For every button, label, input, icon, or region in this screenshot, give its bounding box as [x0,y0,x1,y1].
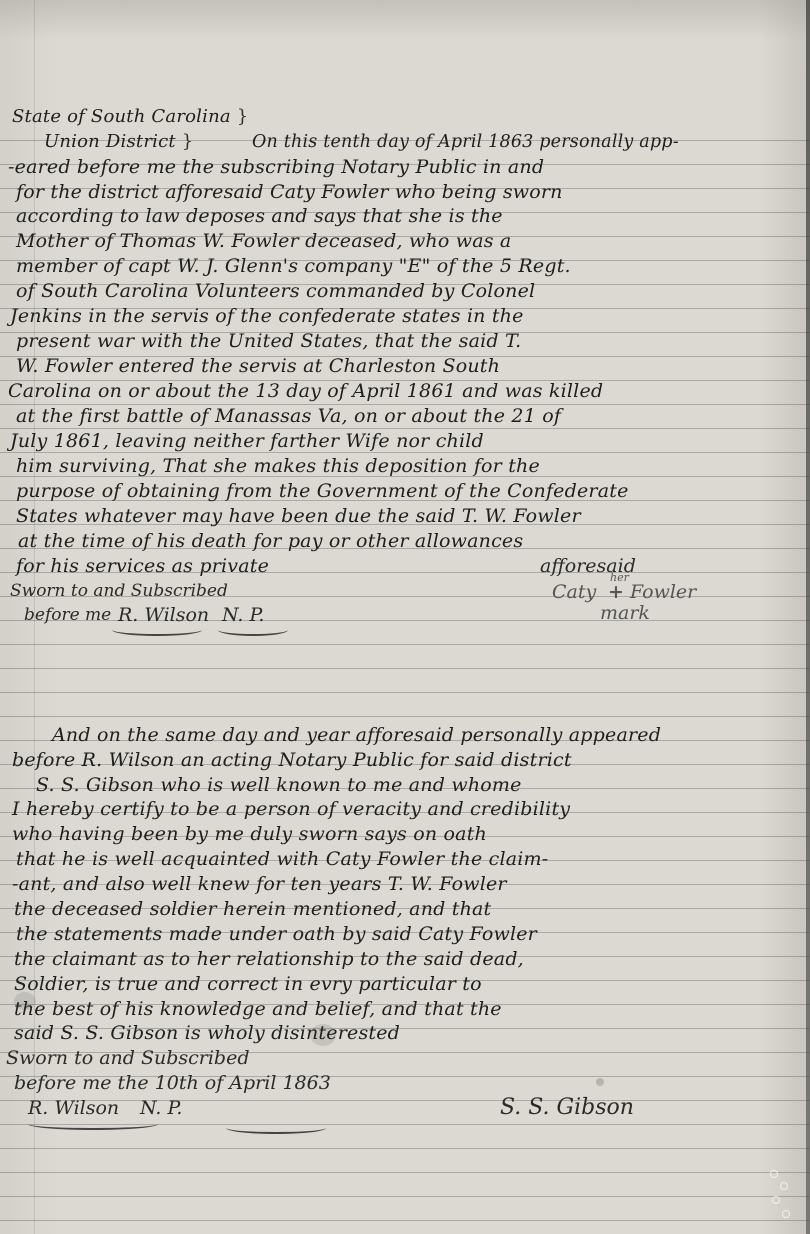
deposition-2-line: Soldier, is true and correct in evry par… [14,972,482,996]
notary-flourish [28,1118,158,1130]
heading-state: State of South Carolina } [12,105,248,129]
deposition-1-line: him surviving, That she makes this depos… [16,454,540,478]
deposition-2-line: said S. S. Gibson is wholy disinterested [14,1021,400,1045]
deposition-1-line: purpose of obtaining from the Government… [16,479,629,503]
deposition-2-line: the statements made under oath by said C… [16,922,537,946]
deposition-1-line: W. Fowler entered the servis at Charlest… [16,354,500,378]
jurat-sworn-line: Sworn to and Subscribed [10,579,228,603]
district-text: Union District [44,131,176,152]
ink-blot [596,1078,604,1086]
page-edge-shadow [806,0,810,1234]
paper-speck [772,1196,780,1204]
deposition-2-line: that he is well acquainted with Caty Fow… [16,847,548,871]
ink-blot [14,992,36,1010]
deposition-1-line: Mother of Thomas W. Fowler deceased, who… [16,229,511,253]
deposition-2-line: I hereby certify to be a person of verac… [12,797,570,821]
deposition-1-line: Carolina on or about the 13 day of April… [8,379,603,403]
deposition-1-line: July 1861, leaving neither farther Wife … [10,429,484,453]
deposition-2-line: before R. Wilson an acting Notary Public… [12,748,572,772]
ink-blot [310,1024,336,1046]
deposition-1-line: States whatever may have been due the sa… [16,504,581,528]
deponent-first-name: Caty [552,580,596,604]
notary-flourish [226,1122,326,1134]
paper-speck [782,1210,790,1218]
notary-title: N. P. [140,1096,182,1120]
deposition-1-line: at the first battle of Manassas Va, on o… [16,404,561,428]
deposition-1-line: of South Carolina Volunteers commanded b… [16,279,535,303]
jurat-sworn-line: Sworn to and Subscribed [6,1046,250,1070]
deposition-1-line: Jenkins in the servis of the confederate… [10,304,524,328]
deposition-2-line: who having been by me duly sworn says on… [12,822,487,846]
notary-flourish [112,624,202,636]
notary-flourish [218,624,288,636]
state-text: State of South Carolina [12,106,231,127]
document-page: State of South Carolina } Union District… [0,0,810,1234]
deposition-2-line: the deceased soldier herein mentioned, a… [14,897,491,921]
brace-glyph: } [176,131,194,152]
deposition-1-line: present war with the United States, that… [16,329,521,353]
heading-district: Union District } [44,130,193,154]
deposition-2-line: And on the same day and year afforesaid … [52,723,661,747]
deposition-2-line: -ant, and also well knew for ten years T… [12,872,507,896]
notary-signature: R. Wilson [28,1096,119,1120]
paper-speck [780,1182,788,1190]
deposition-2-line: the best of his knowledge and belief, an… [14,997,502,1021]
deposition-1-line: member of capt W. J. Glenn's company "E"… [16,254,571,278]
paper-speck [770,1170,778,1178]
mark-label-mark: mark [600,601,650,625]
deposition-1-line: for the district afforesaid Caty Fowler … [16,180,563,204]
deposition-1-line: at the time of his death for pay or othe… [18,529,523,553]
deposition-1-line: according to law deposes and says that s… [16,204,503,228]
deposition-1-line: -eared before me the subscribing Notary … [8,155,544,179]
brace-glyph: } [231,106,249,127]
deposition-2-line: the claimant as to her relationship to t… [14,947,524,971]
jurat-before-me: before me [24,603,111,627]
deposition-2-line: S. S. Gibson who is well known to me and… [36,773,522,797]
jurat-date-line: before me the 10th of April 1863 [14,1071,331,1095]
deposition-1-line: On this tenth day of April 1863 personal… [252,130,679,154]
deposition-1-line: for his services as private [16,554,269,578]
witness-signature: S. S. Gibson [500,1096,634,1120]
